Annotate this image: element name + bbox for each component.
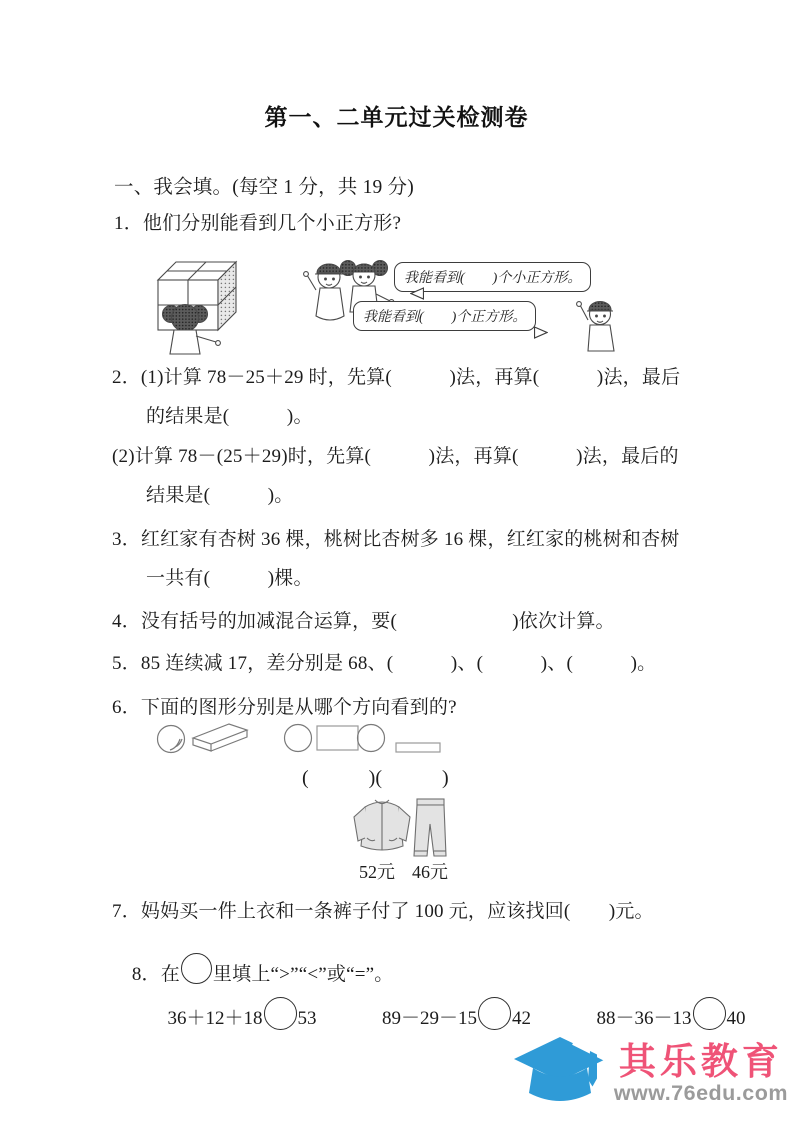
question-1-illustration: 我能看到( )个小正方形。 我能看到( )个正方形。 — [140, 238, 645, 364]
comparison-item: 89－29－1542 — [354, 975, 532, 1052]
comparison-item: 36＋12＋1853 — [139, 975, 317, 1052]
brand-text-block: 其乐教育 www.76edu.com — [614, 1043, 788, 1105]
clothes-illustration — [350, 796, 450, 858]
pants-price-label: 46元 — [408, 858, 452, 884]
brand-url: www.76edu.com — [614, 1082, 788, 1106]
question-6: 6．下面的图形分别是从哪个方向看到的? — [112, 692, 457, 719]
thin-rectangle-view-icon — [396, 743, 440, 752]
ball-shape-icon — [158, 726, 185, 753]
boy-near-cube-icon — [304, 264, 344, 320]
question-3-line-1: 3．红红家有杏树 36 棵，桃树比杏树多 16 棵，红红家的桃树和杏树 — [112, 524, 680, 551]
comparison-left: 36＋12＋18 — [168, 1008, 263, 1029]
fill-circle-icon — [264, 997, 297, 1030]
question-7: 7．妈妈买一件上衣和一条裤子付了 100 元，应该找回( )元。 — [112, 896, 654, 923]
jacket-and-pants-drawing — [350, 796, 450, 858]
page-title: 第一、二单元过关检测卷 — [0, 99, 793, 132]
brand-name: 其乐教育 — [619, 1043, 783, 1082]
speech-bubble-text: 我能看到( )个正方形。 — [363, 306, 526, 326]
section-heading: 一、我会填。(每空 1 分，共 19 分) — [114, 171, 414, 199]
question-6-shapes — [146, 716, 446, 760]
pants-icon — [414, 799, 446, 856]
speech-bubble-squares: 我能看到( )个正方形。 — [353, 301, 536, 331]
speech-bubble-text: 我能看到( )个小正方形。 — [404, 267, 581, 287]
question-3-line-2: 一共有( )棵。 — [146, 563, 313, 590]
circle-view-icon — [358, 725, 385, 752]
question-2-line-2: 的结果是( )。 — [146, 401, 313, 428]
jacket-price-label: 52元 — [350, 858, 404, 884]
jacket-icon — [354, 800, 410, 850]
rectangle-view-icon — [317, 726, 358, 750]
question-2-line-3: (2)计算 78－(25＋29)时，先算( )法，再算( )法，最后的 — [112, 441, 679, 468]
worksheet-page: 第一、二单元过关检测卷 一、我会填。(每空 1 分，共 19 分) 1．他们分别… — [0, 0, 793, 1122]
graduation-cap-icon — [513, 1034, 609, 1114]
brand-logo: 其乐教育 www.76edu.com — [513, 1034, 788, 1114]
fill-circle-icon — [693, 997, 726, 1030]
comparison-left: 88－36－13 — [597, 1008, 692, 1029]
question-2-line-4: 结果是( )。 — [146, 480, 293, 507]
question-6-answer-blanks: ( )( ) — [302, 761, 449, 790]
question-2-line-1: 2．(1)计算 78－25＋29 时，先算( )法，再算( )法，最后 — [112, 362, 680, 389]
boy-speaking-icon — [577, 302, 614, 352]
fill-circle-icon — [478, 997, 511, 1030]
question-5: 5．85 连续减 17，差分别是 68、( )、( )、( )。 — [112, 648, 656, 675]
speech-bubble-small-squares: 我能看到( )个小正方形。 — [394, 262, 591, 292]
views-shapes-drawing — [146, 716, 446, 760]
comparison-right: 42 — [512, 1008, 531, 1029]
comparison-right: 53 — [298, 1008, 317, 1029]
slab-shape-icon — [193, 724, 247, 751]
question-4: 4．没有括号的加减混合运算，要( )依次计算。 — [112, 606, 615, 633]
comparison-right: 40 — [727, 1008, 746, 1029]
bubble-tail-right-icon — [506, 309, 548, 361]
comparison-left: 89－29－15 — [382, 1008, 477, 1029]
circle-view-icon — [285, 725, 312, 752]
question-1: 1．他们分别能看到几个小正方形? — [114, 208, 401, 235]
